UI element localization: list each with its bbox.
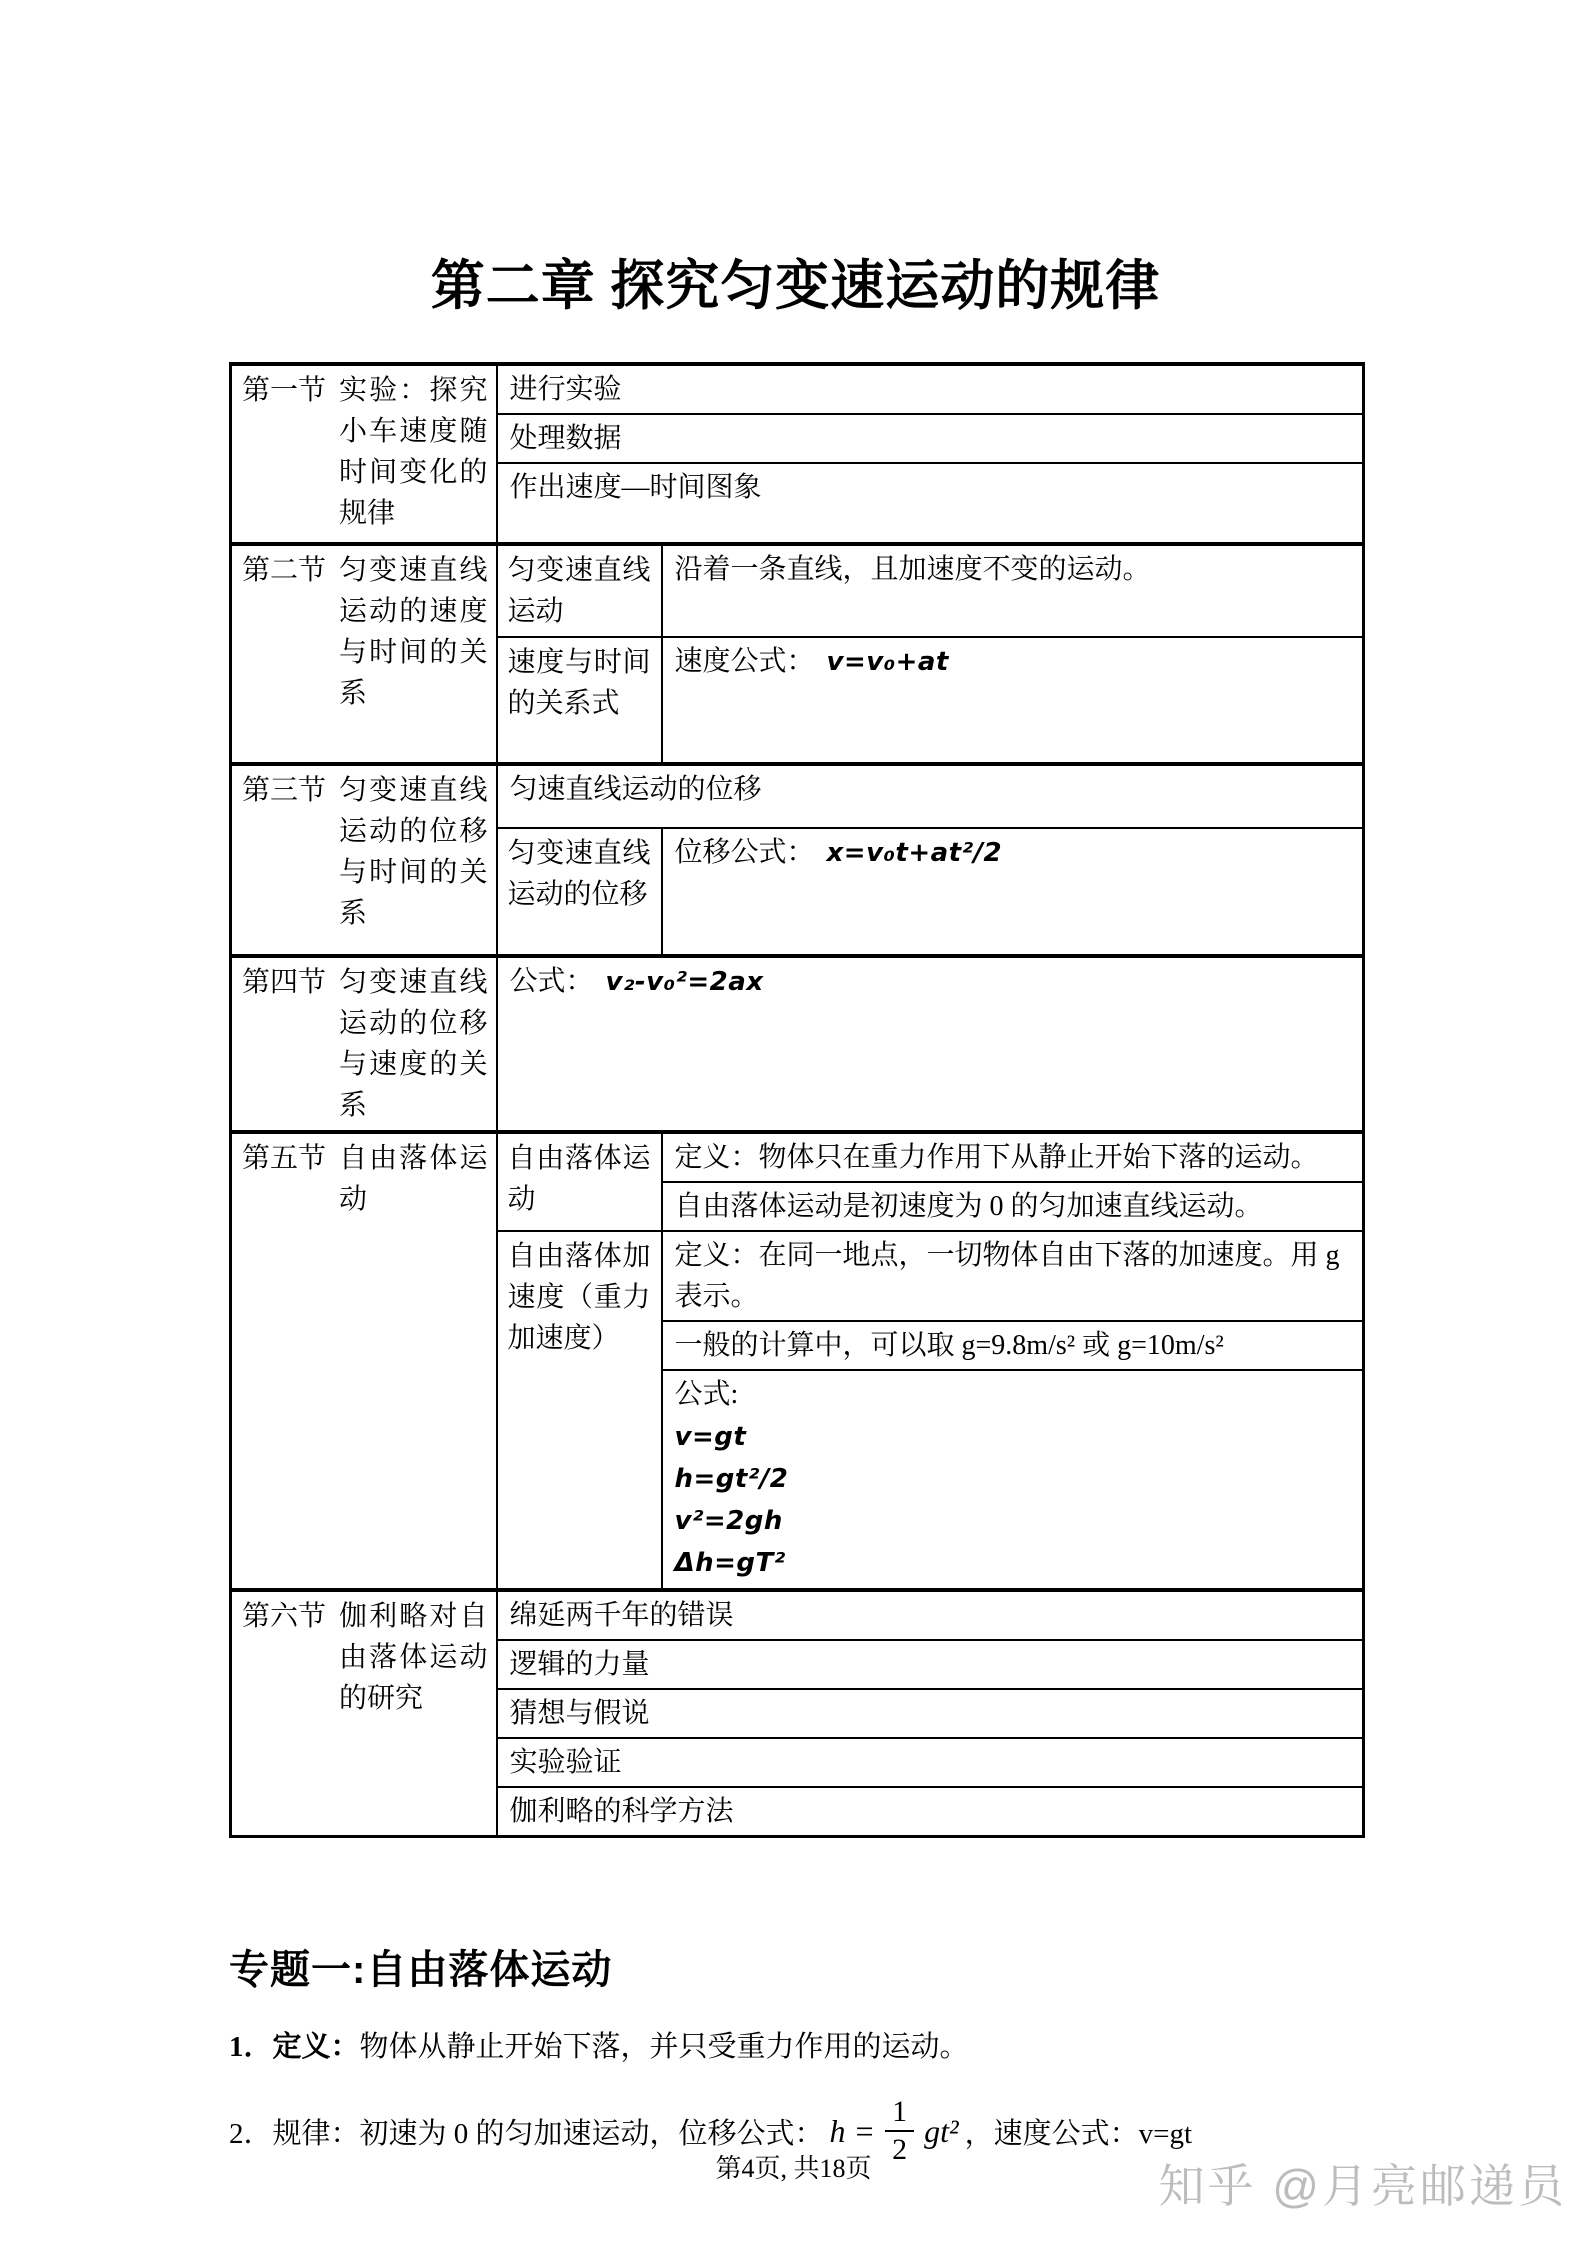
- section-title: 自由落体运动: [339, 1138, 487, 1220]
- subtopic-cell: 匀变速直线运动的位移: [497, 828, 662, 956]
- formula-cell: 速度公式：v=v₀+at: [662, 637, 1364, 764]
- section-head: 第二节 匀变速直线运动的速度与时间的关系: [242, 550, 488, 714]
- section-number: 第五节: [242, 1138, 326, 1220]
- formula-label: 位移公式：: [675, 837, 815, 868]
- formula-line: Δh=gT²: [675, 1542, 1351, 1584]
- section-title: 匀变速直线运动的位移与时间的关系: [339, 770, 487, 934]
- section-title: 匀变速直线运动的位移与速度的关系: [339, 962, 487, 1126]
- table-cell: 一般的计算中，可以取 g=9.8m/s² 或 g=10m/s²: [662, 1321, 1364, 1370]
- chapter-title: 第二章 探究匀变速运动的规律: [229, 253, 1362, 319]
- table-cell: 绵延两千年的错误: [497, 1590, 1364, 1640]
- watermark: 知乎 @月亮邮递员: [1159, 2150, 1567, 2216]
- item-1-text: 物体从静止开始下落，并只受重力作用的运动。: [360, 2031, 969, 2063]
- velocity-displacement-formula: v₂-v₀²=2ax: [606, 967, 764, 997]
- subtopic-cell: 匀变速直线运动: [497, 544, 662, 637]
- section-number: 第六节: [242, 1596, 326, 1719]
- section-3-cell: 第三节 匀变速直线运动的位移与时间的关系: [231, 764, 497, 956]
- free-fall-formulas-cell: 公式: v=gt h=gt²/2 v²=2gh Δh=gT²: [662, 1370, 1364, 1590]
- formula-line: v²=2gh: [675, 1500, 1351, 1542]
- height-formula-lhs: h =: [830, 2113, 876, 2150]
- section-number: 第四节: [242, 962, 326, 1126]
- section-head: 第一节 实验：探究小车速度随时间变化的规律: [242, 370, 488, 534]
- section-1-cell: 第一节 实验：探究小车速度随时间变化的规律: [231, 364, 497, 544]
- formula-label: 速度公式：: [675, 646, 815, 677]
- table-cell: 沿着一条直线，且加速度不变的运动。: [662, 544, 1364, 637]
- item-1-label: 1．定义：: [229, 2031, 360, 2063]
- formula-label: 公式:: [675, 1374, 1351, 1416]
- subtopic-cell: 自由落体加速度（重力加速度）: [497, 1231, 662, 1590]
- table-cell: 伽利略的科学方法: [497, 1787, 1364, 1837]
- subtopic-cell: 速度与时间的关系式: [497, 637, 662, 764]
- section-head: 第六节 伽利略对自由落体运动的研究: [242, 1596, 488, 1719]
- formula-line: h=gt²/2: [675, 1458, 1351, 1500]
- topic-item-1: 1．定义：物体从静止开始下落，并只受重力作用的运动。: [229, 2025, 1362, 2069]
- document-page: 第二章 探究匀变速运动的规律 第一节 实验：探究小车速度随时间变化的规律 进行实…: [229, 0, 1362, 2183]
- formula-label: 公式：: [510, 966, 594, 997]
- table-cell: 自由落体运动是初速度为 0 的匀加速直线运动。: [662, 1182, 1364, 1231]
- velocity-formula: v=v₀+at: [827, 647, 949, 677]
- table-cell: 实验验证: [497, 1738, 1364, 1787]
- table-cell: 定义：在同一地点，一切物体自由下落的加速度。用 g 表示。: [662, 1231, 1364, 1321]
- subtopic-cell: 自由落体运动: [497, 1132, 662, 1231]
- section-6-cell: 第六节 伽利略对自由落体运动的研究: [231, 1590, 497, 1837]
- formula-cell: 公式：v₂-v₀²=2ax: [497, 956, 1364, 1132]
- table-cell: 作出速度—时间图象: [497, 463, 1364, 544]
- outline-table: 第一节 实验：探究小车速度随时间变化的规律 进行实验 处理数据 作出速度—时间图…: [229, 362, 1365, 1838]
- section-4-cell: 第四节 匀变速直线运动的位移与速度的关系: [231, 956, 497, 1132]
- section-title: 伽利略对自由落体运动的研究: [339, 1596, 487, 1719]
- section-5-cell: 第五节 自由落体运动: [231, 1132, 497, 1590]
- displacement-formula: x=v₀t+at²/2: [827, 838, 1003, 868]
- table-cell: 逻辑的力量: [497, 1640, 1364, 1689]
- section-head: 第五节 自由落体运动: [242, 1138, 488, 1220]
- formula-line: v=gt: [675, 1416, 1351, 1458]
- topic-heading: 专题一:自由落体运动: [229, 1938, 1362, 1995]
- table-cell: 进行实验: [497, 364, 1364, 414]
- table-cell: 猜想与假说: [497, 1689, 1364, 1738]
- section-title: 实验：探究小车速度随时间变化的规律: [339, 370, 487, 534]
- item-2-suffix: ，速度公式：v=gt: [965, 2111, 1192, 2152]
- table-cell: 匀速直线运动的位移: [497, 764, 1364, 828]
- section-number: 第二节: [242, 550, 326, 714]
- item-2-text: 2．规律：初速为 0 的匀加速运动，位移公式：: [229, 2111, 824, 2152]
- section-2-cell: 第二节 匀变速直线运动的速度与时间的关系: [231, 544, 497, 764]
- height-formula-rhs: gt²: [924, 2113, 958, 2150]
- table-cell: 处理数据: [497, 414, 1364, 463]
- section-number: 第三节: [242, 770, 326, 934]
- table-cell: 定义：物体只在重力作用下从静止开始下落的运动。: [662, 1132, 1364, 1182]
- section-number: 第一节: [242, 370, 326, 534]
- section-head: 第三节 匀变速直线运动的位移与时间的关系: [242, 770, 488, 934]
- formula-cell: 位移公式：x=v₀t+at²/2: [662, 828, 1364, 956]
- section-title: 匀变速直线运动的速度与时间的关系: [339, 550, 487, 714]
- fraction-numerator: 1: [885, 2095, 914, 2132]
- section-head: 第四节 匀变速直线运动的位移与速度的关系: [242, 962, 488, 1126]
